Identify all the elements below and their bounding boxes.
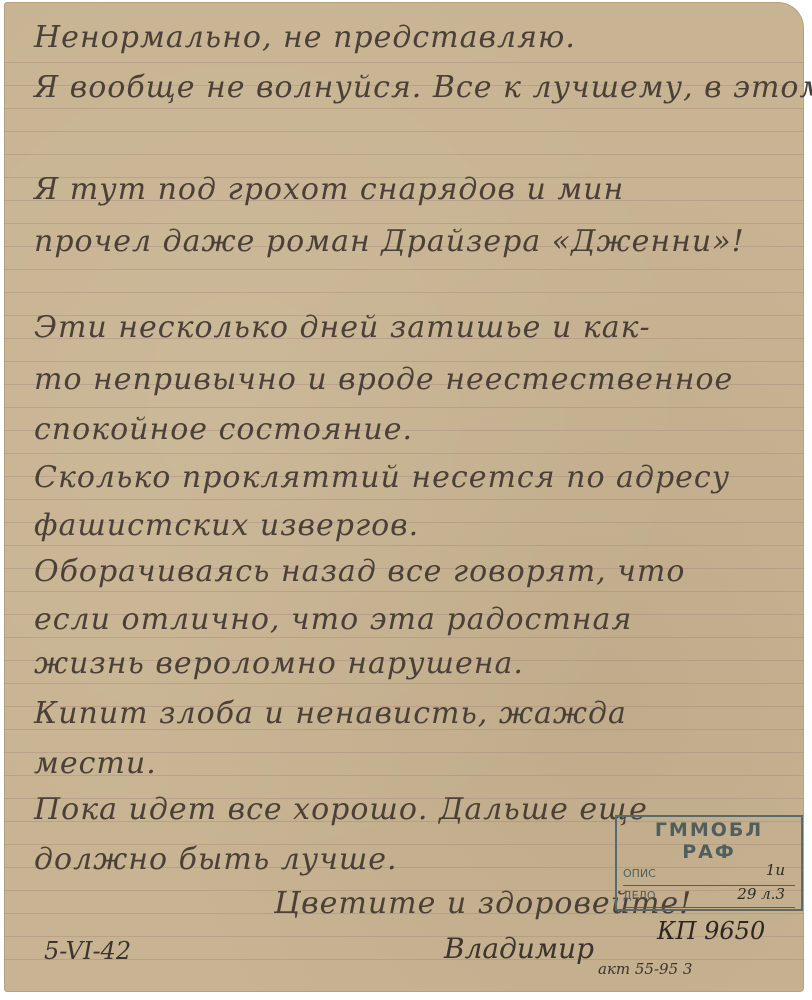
letter-line: Оборачиваясь назад все говорят, что [34,554,685,589]
letter-line: если отлично, что эта радостная [34,602,632,637]
letter-line: должно быть лучше. [34,842,398,877]
letter-line: прочел даже роман Драйзера «Дженни»! [34,224,745,259]
letter-line: Эти несколько дней затишье и как- [34,310,651,345]
letter-paper: Ненормально, не представляю. Я вообще не… [4,2,804,992]
letter-line: Я тут под грохот снарядов и мин [34,172,624,207]
stamp-opis-label: ОПИС [623,867,656,880]
letter-line: Ненормально, не представляю. [34,20,576,55]
letter-line: Кипит злоба и ненависть, жажда [34,696,627,731]
letter-line: Пока идет все хорошо. Дальше еще [34,792,648,827]
stamp-line1: ГММОБЛ [617,819,801,841]
letter-line: спокойное состояние. [34,412,413,447]
letter-signature: Владимир [444,932,594,965]
letter-line: то непривычно и вроде неестественное [34,362,733,397]
stamp-opis-row: ОПИС 1и [623,867,795,886]
act-number: акт 55-95 3 [598,960,692,978]
stamp-delo-value: 29 л.3 [737,885,785,903]
letter-line: мести. [34,746,157,781]
inventory-number: КП 9650 [657,917,765,945]
letter-line: Сколько прокляттий несется по адресу [34,460,730,495]
stamp-opis-value: 1и [766,861,785,879]
archive-stamp: ГММОБЛ РАФ ОПИС 1и ДЕЛО 29 л.3 [615,815,803,911]
stamp-delo-label: ДЕЛО [623,889,655,902]
stamp-line2: РАФ [617,841,801,863]
stamp-delo-row: ДЕЛО 29 л.3 [623,889,795,908]
letter-line: Я вообще не волнуйся. Все к лучшему, в э… [34,70,812,105]
letter-date: 5-VI-42 [44,937,131,965]
letter-line: жизнь вероломно нарушена. [34,646,524,681]
letter-line: фашистских извергов. [34,508,419,543]
